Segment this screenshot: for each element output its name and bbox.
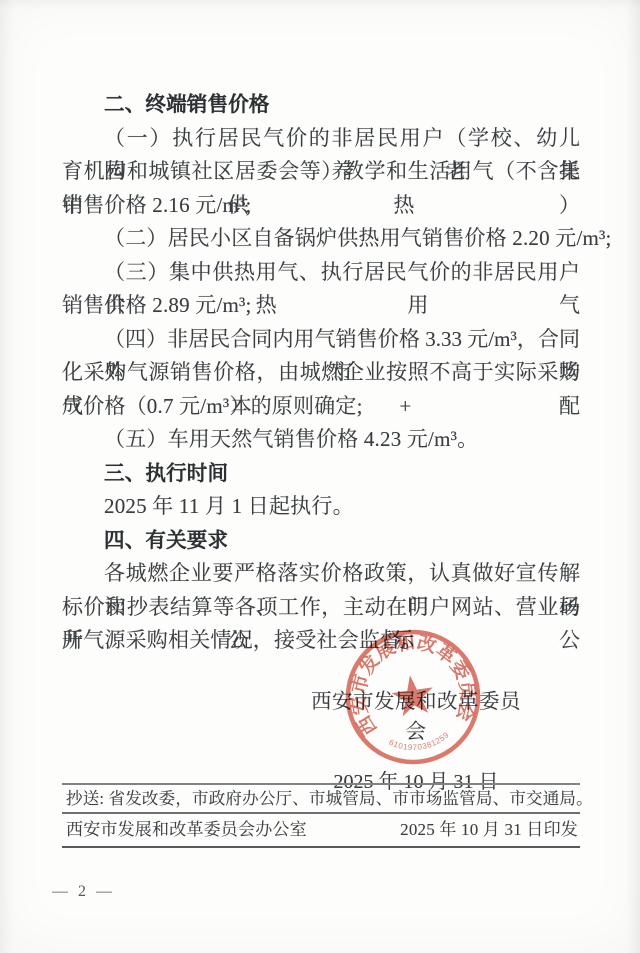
page-number: — 2 — <box>52 883 115 901</box>
section-heading: 二、终端销售价格 <box>62 88 580 122</box>
document-page: 二、终端销售价格（一）执行居民气价的非居民用户（学校、幼儿园、养老托育机构和城镇… <box>0 0 640 953</box>
document-line: （二）居民小区自备锅炉供热用气销售价格 2.20 元/m³; <box>62 222 580 256</box>
seal-serial: 6101970381259 <box>386 729 452 756</box>
cc-row: 抄送: 省发改委，市政府办公厅、市城管局、市市场监管局、市交通局。 <box>62 785 580 813</box>
cc-label: 抄送: <box>66 789 104 808</box>
section-heading: 四、有关要求 <box>62 524 580 558</box>
issue-row: 西安市发展和改革委员会办公室 2025 年 10 月 31 日印发 <box>62 814 580 846</box>
star-icon <box>389 672 436 717</box>
document-line: 标价和抄表结算等各项工作，主动在门户网站、营业场所公示公 <box>62 591 580 625</box>
section-heading: 三、执行时间 <box>62 457 580 491</box>
document-line: 各城燃企业要严格落实价格政策，认真做好宣传解读、明码 <box>62 557 580 591</box>
document-line: 化采购气源销售价格，由城燃企业按照不高于实际采购成本+配 <box>62 356 580 390</box>
document-lines: 二、终端销售价格（一）执行居民气价的非居民用户（学校、幼儿园、养老托育机构和城镇… <box>62 88 580 658</box>
document-footer: 抄送: 省发改委，市政府办公厅、市城管局、市市场监管局、市交通局。 西安市发展和… <box>62 783 580 848</box>
document-line: （一）执行居民气价的非居民用户（学校、幼儿园、养老托 <box>62 122 580 156</box>
official-seal-icon: 西安市发展和改革委员会 6101970381259 <box>332 616 495 779</box>
print-date: 2025 年 10 月 31 日印发 <box>400 814 578 846</box>
document-line: （五）车用天然气销售价格 4.23 元/m³。 <box>62 423 580 457</box>
document-line: （四）非居民合同内用气销售价格 3.33 元/m³，合同外市场 <box>62 323 580 357</box>
document-line: 育机构和城镇社区居委会等）教学和生活用气（不含集中供热） <box>62 155 580 189</box>
document-line: （三）集中供热用气、执行居民气价的非居民用户供热用气 <box>62 256 580 290</box>
document-line: 2025 年 11 月 1 日起执行。 <box>62 490 580 524</box>
cc-list: 省发改委，市政府办公厅、市城管局、市市场监管局、市交通局。 <box>109 789 593 808</box>
issuing-office: 西安市发展和改革委员会办公室 <box>66 814 307 846</box>
footer-divider-bottom <box>62 846 580 849</box>
